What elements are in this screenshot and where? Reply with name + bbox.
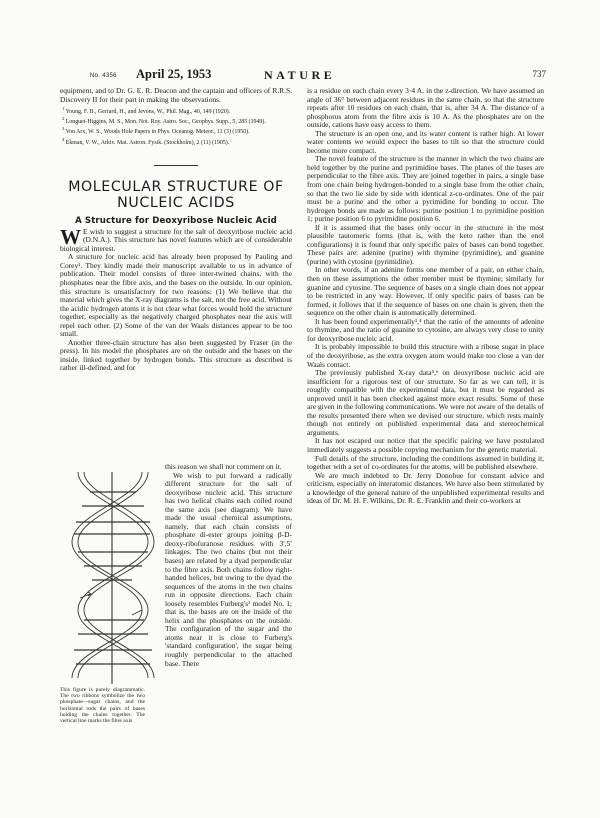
body-paragraph: Another three-chain structure has also b… bbox=[60, 339, 292, 373]
journal-name: NATURE bbox=[264, 68, 335, 83]
figure-caption: This figure is purely diagrammatic. The … bbox=[60, 687, 145, 724]
body-paragraph: It is probably impossible to build this … bbox=[307, 343, 544, 369]
narrow-column-text: this reason we shall not comment on it. … bbox=[165, 463, 292, 668]
body-paragraph: is a residue on each chain every 3·4 A. … bbox=[307, 87, 544, 130]
reference-item: 2 Longuet-Higgins, M. S., Mon. Not. Roy.… bbox=[60, 116, 292, 126]
reference-item: 1 Young, F. B., Gerrard, H., and Jevons,… bbox=[60, 106, 292, 116]
body-paragraph: We wish to put forward a radically diffe… bbox=[165, 472, 292, 669]
left-column: equipment, and to Dr. G. E. R. Deacon an… bbox=[60, 87, 292, 373]
issue-date: April 25, 1953 bbox=[136, 67, 211, 82]
article-title: MOLECULAR STRUCTURE OF NUCLEIC ACIDS bbox=[60, 179, 292, 211]
body-paragraph: In other words, if an adenine forms one … bbox=[307, 266, 544, 317]
right-column: is a residue on each chain every 3·4 A. … bbox=[307, 87, 544, 506]
article-subtitle: A Structure for Deoxyribose Nucleic Acid bbox=[60, 217, 292, 226]
body-paragraph: Full details of the structure, including… bbox=[307, 455, 544, 472]
prev-article-closing: equipment, and to Dr. G. E. R. Deacon an… bbox=[60, 87, 292, 104]
page-number: 737 bbox=[533, 69, 547, 79]
body-paragraph: The novel feature of the structure is th… bbox=[307, 155, 544, 223]
body-paragraph: A structure for nucleic acid has already… bbox=[60, 253, 292, 338]
body-paragraph: The previously published X-ray data⁵,⁶ o… bbox=[307, 369, 544, 437]
double-helix-figure bbox=[60, 470, 160, 770]
body-paragraph: It has not escaped our notice that the s… bbox=[307, 437, 544, 454]
reference-item: 3 Von Arx, W. S., Woods Hole Papers in P… bbox=[60, 126, 292, 136]
body-paragraph: The structure is an open one, and its wa… bbox=[307, 130, 544, 156]
section-divider bbox=[154, 165, 198, 166]
body-paragraph: It has been found experimentally³,⁴ that… bbox=[307, 318, 544, 344]
drop-cap: W bbox=[60, 229, 81, 245]
reference-list: 1 Young, F. B., Gerrard, H., and Jevons,… bbox=[60, 106, 292, 146]
double-helix-icon bbox=[60, 470, 160, 685]
reference-item: 4 Ekman, V. W., Arkiv. Mat. Astron. Fysi… bbox=[60, 137, 292, 147]
intro-paragraph: WE wish to suggest a structure for the s… bbox=[60, 228, 292, 254]
body-paragraph: If it is assumed that the bases only occ… bbox=[307, 224, 544, 267]
body-paragraph: We are much indebted to Dr. Jerry Donohu… bbox=[307, 472, 544, 506]
issue-number: No. 4356 bbox=[90, 73, 117, 79]
page-header: No. 4356 April 25, 1953 NATURE 737 bbox=[90, 67, 550, 85]
